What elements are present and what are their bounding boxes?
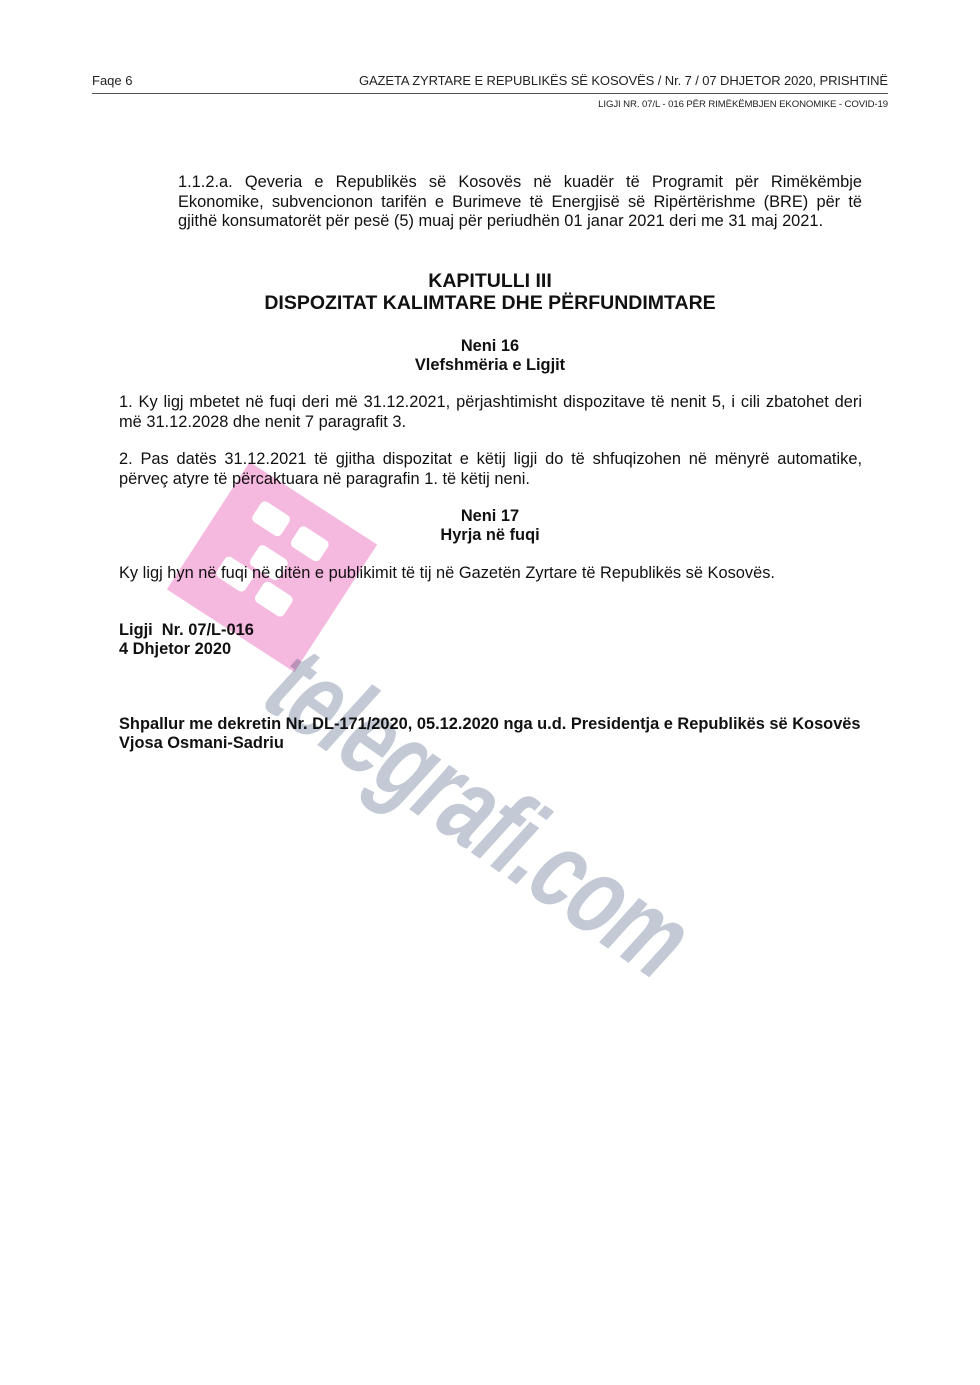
article-17-title: Hyrja në fuqi <box>0 526 980 545</box>
article-16-number: Neni 16 <box>0 337 980 356</box>
gazette-title: GAZETA ZYRTARE E REPUBLIKËS SË KOSOVËS /… <box>359 73 888 88</box>
signatory: Vjosa Osmani-Sadriu <box>119 734 284 753</box>
article-17-paragraph: Ky ligj hyn në fuqi në ditën e publikimi… <box>119 564 862 584</box>
decree-line: Shpallur me dekretin Nr. DL-171/2020, 05… <box>119 715 861 734</box>
header-divider <box>92 93 888 94</box>
chapter-number: KAPITULLI III <box>0 270 980 292</box>
document-page: Faqe 6 GAZETA ZYRTARE E REPUBLIKËS SË KO… <box>0 0 980 1385</box>
page-number: Faqe 6 <box>92 73 132 88</box>
intro-paragraph: 1.1.2.a. Qeveria e Republikës së Kosovës… <box>178 173 862 232</box>
telegrafi-watermark-text: telegrafi.com <box>244 632 716 993</box>
law-number: Ligji Nr. 07/L-016 <box>119 621 254 640</box>
article-17-number: Neni 17 <box>0 507 980 526</box>
law-date: 4 Dhjetor 2020 <box>119 640 231 659</box>
chapter-title: DISPOZITAT KALIMTARE DHE PËRFUNDIMTARE <box>0 292 980 314</box>
law-subtitle: LIGJI NR. 07/L - 016 PËR RIMËKËMBJEN EKO… <box>598 99 888 110</box>
article-16-paragraph-1: 1. Ky ligj mbetet në fuqi deri më 31.12.… <box>119 393 862 432</box>
article-16-paragraph-2: 2. Pas datës 31.12.2021 të gjitha dispoz… <box>119 450 862 489</box>
article-16-title: Vlefshmëria e Ligjit <box>0 356 980 375</box>
